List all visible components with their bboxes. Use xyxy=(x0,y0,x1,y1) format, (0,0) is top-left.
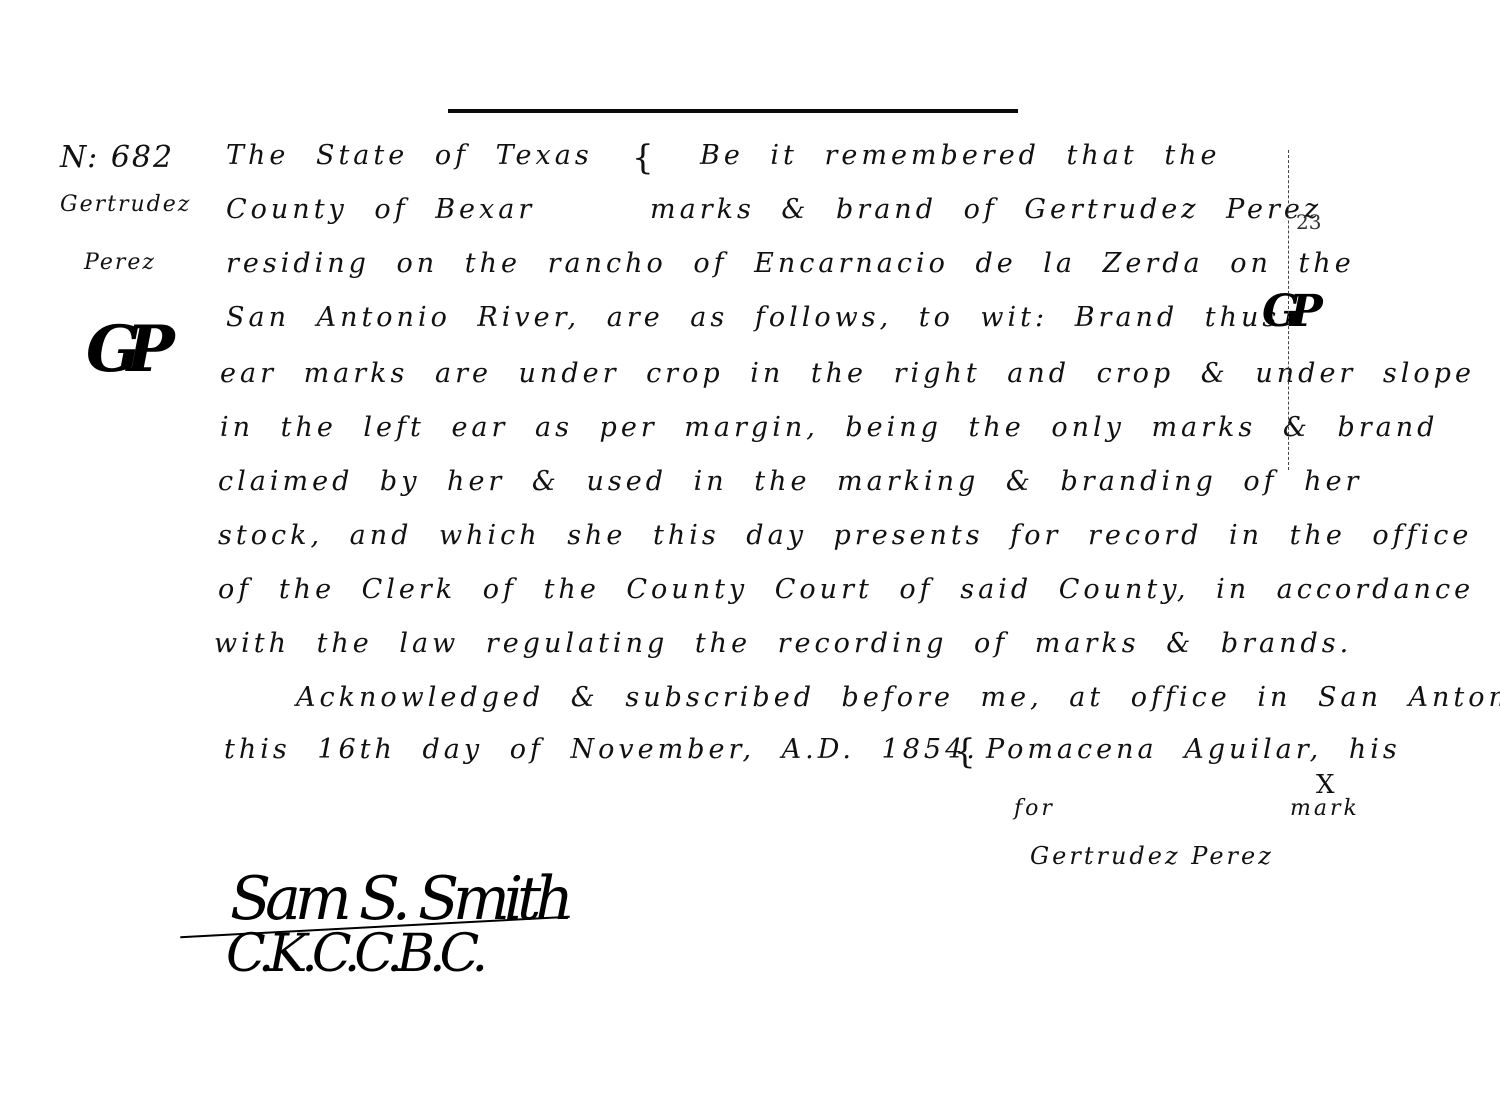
body-line-1a: The State of Texas xyxy=(226,142,593,169)
acknowledgment-line-1: Acknowledged & subscribed before me, at … xyxy=(296,684,1500,711)
mark-label: mark xyxy=(1290,796,1360,821)
body-line-8: stock, and which she this day presents f… xyxy=(218,522,1472,549)
body-line-9: of the Clerk of the County Court of said… xyxy=(218,576,1474,603)
page-mark: 23 xyxy=(1296,210,1321,234)
body-line-6: in the left ear as per margin, being the… xyxy=(220,414,1438,441)
body-line-2b: marks & brand of Gertrudez Perez xyxy=(650,196,1322,223)
brace-icon-2: { xyxy=(954,732,976,772)
body-line-7: claimed by her & used in the marking & b… xyxy=(218,468,1362,495)
for-label: for xyxy=(1014,796,1055,821)
body-line-1b: Be it remembered that the xyxy=(700,142,1221,169)
witness-name: Pomacena Aguilar, his xyxy=(986,736,1401,763)
body-line-3: residing on the rancho of Encarnacio de … xyxy=(226,250,1355,277)
record-number: N: 682 xyxy=(60,140,174,175)
principal-signature: Gertrudez Perez xyxy=(1030,842,1274,870)
body-line-4: San Antonio River, are as follows, to wi… xyxy=(226,304,1280,331)
margin-guide-line xyxy=(1288,150,1289,470)
clerk-signature-title: C.K.C.C.B.C. xyxy=(226,924,482,984)
brand-mark-icon: GP xyxy=(86,318,161,382)
margin-name-last: Perez xyxy=(84,250,156,275)
header-rule xyxy=(448,109,1018,113)
acknowledgment-line-2: this 16th day of November, A.D. 1854. xyxy=(224,736,979,763)
clerk-signature: Sam S. Smith C.K.C.C.B.C. xyxy=(180,870,600,990)
body-line-5: ear marks are under crop in the right an… xyxy=(220,360,1475,387)
body-line-10: with the law regulating the recording of… xyxy=(214,630,1352,657)
body-line-2a: County of Bexar xyxy=(226,196,535,223)
margin-name-first: Gertrudez xyxy=(60,192,191,217)
brace-icon: { xyxy=(632,138,654,178)
